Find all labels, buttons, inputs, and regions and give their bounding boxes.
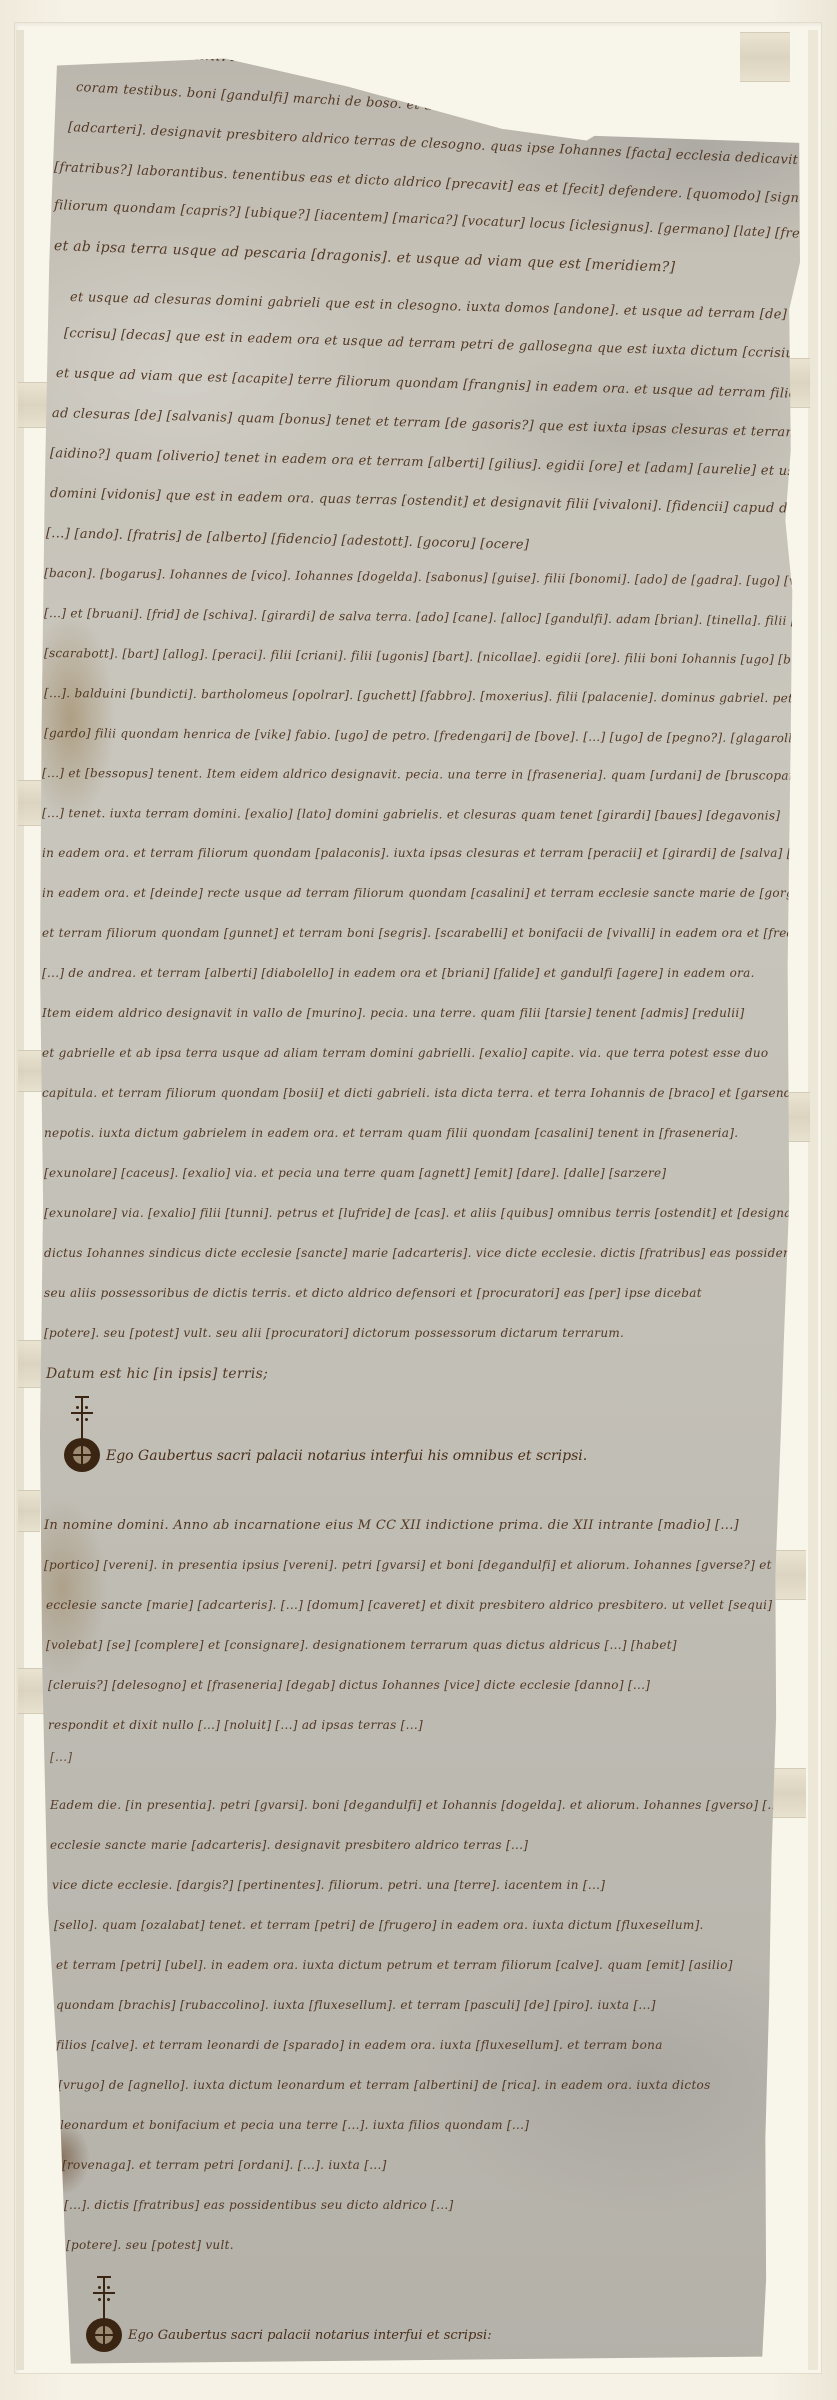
text-line: et terram [petri] [ubel]. in eadem ora. … xyxy=(56,1958,733,1972)
text-line: in eadem ora. et terram filiorum quondam… xyxy=(42,846,829,860)
text-line: Eadem die. [in presentia]. petri [gvarsi… xyxy=(50,1798,785,1812)
hinge-left-5 xyxy=(18,1490,40,1532)
text-line: [exunolare] via. [exalio] filii [tunni].… xyxy=(44,1206,813,1220)
hinge-top-right xyxy=(740,32,790,82)
sign-dot xyxy=(98,2298,101,2301)
text-line: et gabrielle et ab ipsa terra usque ad a… xyxy=(42,1046,768,1060)
text-line: [...] et [bessopus] tenent. Item eidem a… xyxy=(42,766,808,783)
text-line: et ab ipsa terra usque ad pescaria [drag… xyxy=(54,238,676,276)
text-line: In nomine domini. Anno ab incarnatione e… xyxy=(44,1518,739,1533)
text-line: [gardo] filii quondam henrica de [vike] … xyxy=(44,726,802,745)
text-line: [aidino?] quam [oliverio] tenet in eadem… xyxy=(50,446,837,482)
text-line: seu aliis possessoribus de dictis terris… xyxy=(44,1286,702,1300)
hinge-left-6 xyxy=(18,1668,46,1714)
text-line: nepotis. iuxta dictum gabrielem in eadem… xyxy=(44,1126,738,1140)
text-line: [bacon]. [bogarus]. Iohannes de [vico]. … xyxy=(44,566,837,590)
text-line: domini [vidonis] que est in eadem ora. q… xyxy=(50,486,837,518)
sign-dot xyxy=(107,2298,110,2301)
sign-dot xyxy=(76,1406,79,1409)
text-line: [exunolare] [caceus]. [exalio] via. et p… xyxy=(44,1166,666,1180)
sign-cross-bar xyxy=(71,1412,93,1414)
sign-cross-staff xyxy=(81,1396,83,1440)
text-line: vice dicte ecclesie. [dargis?] [pertinen… xyxy=(52,1878,605,1892)
sign-dot xyxy=(98,2286,101,2289)
text-line: [sello]. quam [ozalabat] tenet. et terra… xyxy=(54,1918,704,1932)
text-line: [cleruis?] [delesogno] et [fraseneria] [… xyxy=(48,1678,650,1692)
text-line: [...]. dictis [fratribus] eas possidenti… xyxy=(64,2198,453,2212)
text-line: quondam [brachis] [rubaccolino]. iuxta [… xyxy=(56,1998,656,2012)
text-line: [vrugo] de [agnello]. iuxta dictum leona… xyxy=(58,2078,711,2092)
notary-subscription: Ego Gaubertus sacri palacii notarius int… xyxy=(128,2328,492,2343)
text-line: [rovenaga]. et terram petri [ordani]. [.… xyxy=(62,2158,387,2172)
text-line: leonardum et bonifacium et pecia una ter… xyxy=(60,2118,529,2132)
seal-circle-icon xyxy=(64,1438,100,1472)
notary-subscription: Ego Gaubertus sacri palacii notarius int… xyxy=(106,1448,587,1464)
text-line: [...] xyxy=(50,1750,72,1764)
text-line: [volebat] [se] [complere] et [consignare… xyxy=(46,1638,677,1652)
seal-circle-icon xyxy=(86,2318,122,2352)
text-line: [portico] [vereni]. in presentia ipsius … xyxy=(44,1558,828,1572)
text-line: [...] de andrea. et terram [alberti] [di… xyxy=(42,966,755,980)
text-line: [potere]. seu [potest] vult. seu alii [p… xyxy=(44,1326,624,1340)
notarial-sign-1 xyxy=(62,1396,102,1476)
text-line: respondit et dixit nullo [...] [noluit] … xyxy=(48,1718,423,1732)
text-line: ecclesie sancte [marie] [adcarteris]. [.… xyxy=(46,1598,799,1612)
text-line: [potere]. seu [potest] vult. xyxy=(66,2238,234,2252)
text-line: capitula. et terram filiorum quondam [bo… xyxy=(42,1086,836,1100)
sign-dot xyxy=(107,2286,110,2289)
text-line: filiorum quondam [capris?] [ubique?] [ia… xyxy=(54,198,837,245)
text-line: et terram filiorum quondam [gunnet] et t… xyxy=(42,926,837,940)
sign-cross-staff xyxy=(103,2276,105,2320)
text-line: dictus Iohannes sindicus dicte ecclesie … xyxy=(44,1246,823,1260)
text-line: ad clesuras [de] [salvanis] quam [bonus]… xyxy=(52,406,837,443)
sign-dot xyxy=(85,1418,88,1421)
text-line: Item eidem aldrico designavit in vallo d… xyxy=(42,1006,745,1020)
sign-cross-bar xyxy=(93,2292,115,2294)
text-line: [...]. balduini [bundicti]. bartholomeus… xyxy=(44,686,837,706)
text-line: ecclesie sancte marie [adcarteris]. desi… xyxy=(50,1838,528,1852)
notarial-sign-2 xyxy=(84,2276,124,2356)
parchment-charter: In nomine domini. Anno ab incarnatione e… xyxy=(40,28,810,2373)
text-line: filios [calve]. et terram leonardi de [s… xyxy=(56,2038,663,2052)
hinge-left-1 xyxy=(18,382,48,428)
text-line: [...] tenet. iuxta terram domini. [exali… xyxy=(42,806,780,823)
dating-clause: Datum est hic [in ipsis] terris; xyxy=(46,1366,268,1382)
sign-dot xyxy=(85,1406,88,1409)
mount-rail-left xyxy=(16,30,24,2370)
text-line: in eadem ora. et [deinde] recte usque ad… xyxy=(42,886,837,900)
text-line: [scarabott]. [bart] [allog]. [peraci]. f… xyxy=(44,646,811,667)
sign-dot xyxy=(76,1418,79,1421)
text-line: [ccrisu] [decas] que est in eadem ora et… xyxy=(64,326,813,362)
text-line: et usque ad clesuras domini gabrieli que… xyxy=(70,290,787,323)
text-line: [...] [ando]. [fratris] de [alberto] [fi… xyxy=(46,526,530,553)
text-line: et usque ad viam que est [acapite] terre… xyxy=(56,366,837,408)
text-line: [...] et [bruani]. [frid] de [schiva]. [… xyxy=(44,606,837,628)
